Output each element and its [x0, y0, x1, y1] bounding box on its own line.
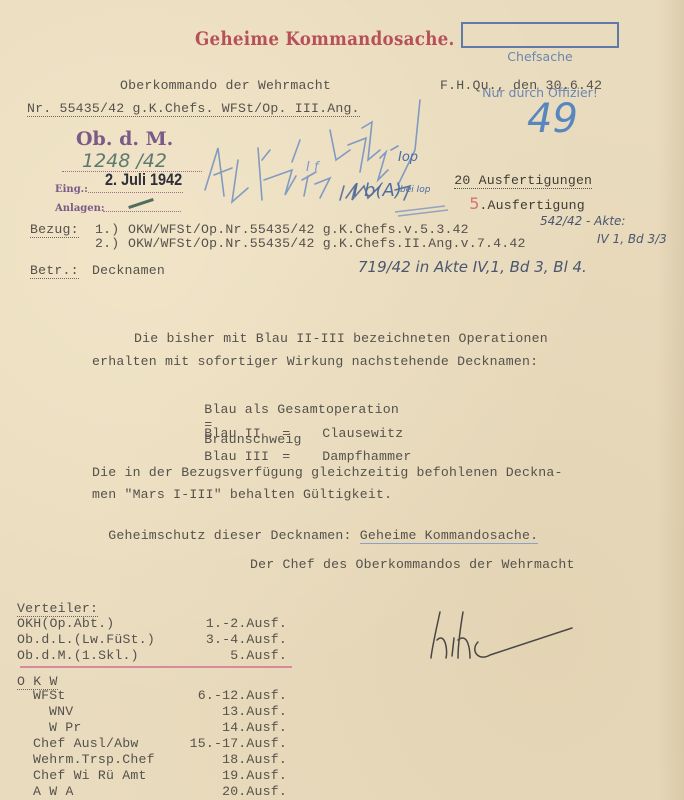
recipient-copies: 18.Ausf.: [222, 752, 287, 767]
recipient-name: Ob.d.M.(1.Skl.): [17, 648, 139, 663]
recipient-name: WFSt: [33, 688, 65, 703]
recipient-copies: 19.Ausf.: [222, 768, 287, 783]
reference-item-2-num: 2.): [95, 236, 119, 251]
recipient-copies: 6.-12.Ausf.: [198, 688, 287, 703]
classification-header: Geheime Kommandosache.: [195, 28, 455, 50]
copy-label: .Ausfertigung: [479, 198, 584, 213]
signature-title: Der Chef des Oberkommandos der Wehrmacht: [250, 557, 575, 572]
recipient-name: Ob.d.L.(Lw.FüSt.): [17, 632, 155, 647]
recipient-copies: 3.-4.Ausf.: [206, 632, 287, 647]
recipient-name: Chef Wi Rü Amt: [33, 768, 147, 783]
red-divider-line: [20, 666, 292, 668]
initials-bei-iop: bei Iop: [400, 185, 431, 195]
recipient-name: Chef Ausl/Abw: [33, 736, 138, 751]
margin-ref-1: 542/42 - Akte:: [540, 214, 625, 228]
received-dotline: [88, 192, 183, 193]
codename-row-3: Blau III=Dampfhammer: [188, 434, 412, 464]
reference-number: Nr. 55435/42 g.K.Chefs. WFSt/Op. III.Ang…: [27, 101, 360, 117]
body-para2-line1: Die in der Bezugsverfügung gleichzeitig …: [92, 465, 563, 480]
margin-ref-3: 719/42 in Akte IV,1, Bd 3, Bl 4.: [358, 258, 587, 276]
body-para1-line2: erhalten mit sofortiger Wirkung nachsteh…: [92, 354, 538, 369]
margin-ref-2: IV 1, Bd 3/3: [597, 232, 667, 246]
recipient-copies: 20.Ausf.: [222, 784, 287, 799]
page-number: 49: [527, 96, 578, 142]
sender-authority: Oberkommando der Wehrmacht: [120, 78, 331, 93]
recipient-name: Wehrm.Trsp.Chef: [33, 752, 155, 767]
recipient-name: W Pr: [49, 720, 81, 735]
body-para3: Geheimschutz dieser Decknamen: Geheime K…: [92, 513, 538, 543]
reference-item-2: OKW/WFSt/Op.Nr.55435/42 g.K.Chefs.II.Ang…: [128, 236, 526, 251]
recipient-copies: 14.Ausf.: [222, 720, 287, 735]
recipient-name: OKH(Op.Abt.): [17, 616, 114, 631]
body-para2-line2: men "Mars I-III" behalten Gültigkeit.: [92, 487, 392, 502]
body-para3-prefix: Geheimschutz dieser Decknamen:: [108, 528, 360, 543]
journal-number: 1248 /42: [82, 150, 167, 172]
reference-item-1-num: 1.): [95, 222, 119, 237]
distribution-label: Verteiler:: [17, 601, 98, 617]
recipient-name: A W A: [33, 784, 74, 799]
initials-ib: I b(A): [353, 180, 402, 201]
subject-label: Betr.:: [30, 263, 79, 279]
copy-number: 5: [469, 194, 479, 213]
recipient-copies: 1.-2.Ausf.: [206, 616, 287, 631]
codename-eq: =: [282, 449, 322, 464]
recipient-name: WNV: [49, 704, 73, 719]
recipient-copies: 13.Ausf.: [222, 704, 287, 719]
chefsache-stamp: Chefsache Nur durch Offizier!: [461, 22, 619, 48]
reference-item-1: OKW/WFSt/Op.Nr.55435/42 g.K.Chefs.v.5.3.…: [128, 222, 469, 237]
received-label: Eing.:: [55, 184, 88, 195]
codename-old: Blau III: [204, 449, 282, 464]
codename-new: Dampfhammer: [322, 449, 411, 464]
subject-text: Decknamen: [92, 263, 165, 278]
attachments-label: Anlagen:: [55, 203, 105, 214]
annotation-if: I f: [306, 160, 319, 175]
body-para1-line1: Die bisher mit Blau II-III bezeichneten …: [134, 331, 548, 346]
reference-label: Bezug:: [30, 222, 79, 238]
place-date: F.H.Qu., den 30.6.42: [440, 78, 602, 93]
body-para3-classification: Geheime Kommandosache.: [360, 528, 539, 544]
initials-iop: Iop: [398, 150, 418, 165]
recipient-copies: 15.-17.Ausf.: [190, 736, 287, 751]
recipient-copies: 5.Ausf.: [230, 648, 287, 663]
receipt-office: Ob. d. M.: [76, 128, 173, 150]
this-copy: 5.Ausfertigung: [450, 176, 585, 214]
received-date: 2. Juli 1942: [105, 170, 182, 190]
stamp-line-1: Chefsache: [471, 51, 609, 63]
attachments-dash-mark: [128, 198, 154, 209]
attachments-dotline: [103, 211, 181, 212]
